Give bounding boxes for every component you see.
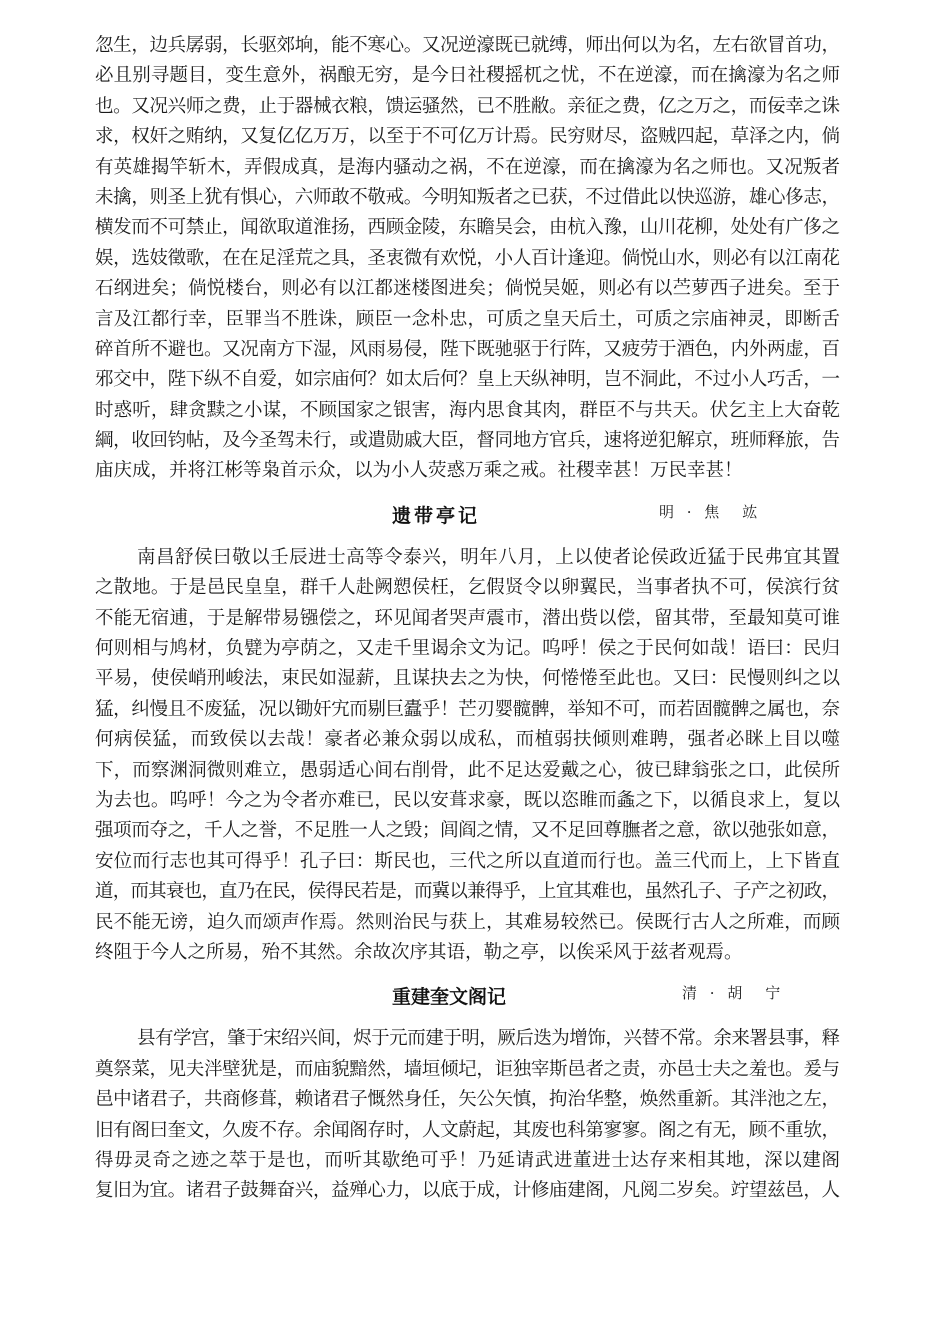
text-line: 横发而不可禁止，闻欲取道淮扬，西顾金陵，东瞻吴会，由杭入豫，山川花柳，处处有广侈…	[95, 213, 840, 243]
text-line: 有英雄揭竿斩木，弄假成真，是海内骚动之祸，不在逆濠，而在擒濠为名之师也。又况叛者	[95, 153, 840, 183]
text-line: 奠祭菜，见夫泮壁犹是，而庙貌黯然，墙垣倾圮，讵独宰斯邑者之责，亦邑士夫之羞也。爰…	[95, 1055, 840, 1085]
text-line: 平易，使侯峭刑峻法，束民如湿薪，且谋抉去之为快，何惓惓至此也。又曰：民慢则纠之以	[95, 664, 840, 694]
text-line: 得毋灵奇之迹之萃于是也，而听其歇绝可乎！乃延请武进董进士达存来相其地，深以建阁	[95, 1146, 840, 1176]
text-line: 下，而察渊洞微则难立，愚弱适心间右削骨，此不足达爱戴之心，彼已肆翁张之口，此侯所	[95, 756, 840, 786]
section-heading-yidaiting: 遗带亭记 明 · 焦 竑	[95, 487, 840, 543]
text-line: 南昌舒侯曰敬以壬辰进士高等令泰兴，明年八月，上以使者论侯政近猛于民弗宜其置	[95, 543, 840, 573]
text-line: 邑中诸君子，共商修葺，赖诸君子慨然身任，矢公矢慎，拘治华整，焕然重新。其泮池之左…	[95, 1085, 840, 1115]
text-line: 何病侯猛，而致侯以去哉！豪者必兼众弱以成私，而植弱扶倾则难聘，强者必眯上目以噬	[95, 725, 840, 755]
text-line: 綱，收回钧帖，及今圣驾未行，或遣勋戚大臣，督同地方官兵，速将逆犯解京，班师释旅，…	[95, 426, 840, 456]
text-line: 石纲进矣；倘悦楼台，则必有以江都迷楼图进矣；倘悦吴姬，则必有以苎萝西子进矣。至于	[95, 274, 840, 304]
text-line: 民不能无谤，迫久而颂声作焉。然则治民与获上，其难易较然已。侯既行古人之所难，而顾	[95, 908, 840, 938]
text-line: 求，权奸之贿纳，又复亿亿万万，以至于不可亿万计焉。民穷财尽，盗贼四起，草泽之内，…	[95, 122, 840, 152]
text-line: 娱，选妓徵歌，在在足淫荒之具，圣衷微有欢悦，小人百计逢迎。倘悦山水，则必有以江南…	[95, 244, 840, 274]
section-kuiwenge-body: 县有学宫，肇于宋绍兴间，烬于元而建于明，厥后迭为增饰，兴替不常。余来署县事，释 …	[95, 1024, 840, 1206]
text-line: 复旧为宜。诸君子鼓舞奋兴，益殚心力，以底于成，计修庙建阁，凡阅二岁矣。竚望兹邑，…	[95, 1176, 840, 1206]
section-author: 清 · 胡 宁	[682, 982, 784, 1003]
text-line: 未擒，则圣上犹有惧心，六师敢不敬戒。今明知叛者之已获，不过借此以快巡游，雄心侈志…	[95, 183, 840, 213]
section-heading-kuiwenge: 重建奎文阁记 清 · 胡 宁	[95, 968, 840, 1024]
text-line: 碎首所不避也。又况南方下湿，风雨易侵，陛下既驰驱于行阵，又疲劳于酒色，内外两虚，…	[95, 335, 840, 365]
section-title: 重建奎文阁记	[392, 982, 506, 1009]
document-page: 忽生，边兵孱弱，长驱郊垧，能不寒心。又况逆濠既已就缚，师出何以为名，左右欲冒首功…	[95, 31, 840, 1207]
section-title: 遗带亭记	[392, 501, 480, 528]
text-line: 为去也。呜呼！今之为令者亦难已，民以安葺求豪，既以恣睢而螽之下，以循良求上，复以	[95, 786, 840, 816]
text-line: 之散地。于是邑民皇皇，群千人赴阙愬侯枉，乞假贤令以卵翼民，当事者执不可，侯滨行贫	[95, 573, 840, 603]
text-line: 庙庆成，并将江彬等枭首示众，以为小人荧惑万乘之戒。社稷幸甚！万民幸甚！	[95, 456, 840, 486]
text-line: 邪交中，陛下纵不自爱，如宗庙何？如太后何？皇上天纵神明，岂不洞此，不过小人巧舌，…	[95, 365, 840, 395]
text-line: 必且别寻题目，变生意外，祸酿无穷，是今日社稷摇杌之忧，不在逆濠，而在擒濠为名之师	[95, 61, 840, 91]
text-line: 忽生，边兵孱弱，长驱郊垧，能不寒心。又况逆濠既已就缚，师出何以为名，左右欲冒首功…	[95, 31, 840, 61]
section-yidaiting-body: 南昌舒侯曰敬以壬辰进士高等令泰兴，明年八月，上以使者论侯政近猛于民弗宜其置 之散…	[95, 543, 840, 968]
text-line: 不能无宿逋，于是解带易镪偿之，环见闻者哭声震市，潜出赀以偿，留其带，至最知莫可谁	[95, 604, 840, 634]
text-line: 言及江都行幸，臣罪当不胜诛，顾臣一念朴忠，可质之皇天后土，可质之宗庙神灵，即断舌	[95, 305, 840, 335]
text-line: 时惑听，肆贪黩之小谋，不顾国家之银害，海内思食其肉，群臣不与共天。伏乞主上大奋乾	[95, 396, 840, 426]
text-line: 安位而行志也其可得乎！孔子曰：斯民也，三代之所以直道而行也。盖三代而上，上下皆直	[95, 847, 840, 877]
text-line: 旧有阁曰奎文，久废不存。余闻阁存时，人文蔚起，其废也科第寥寥。阁之有无，顾不重欤…	[95, 1116, 840, 1146]
text-line: 道，而其衰也，直乃在民，侯得民若是，而冀以兼得乎，上宜其难也，虽然孔子、子产之初…	[95, 877, 840, 907]
text-line: 何则相与鸠材，负甓为亭荫之，又走千里谒余文为记。呜呼！侯之于民何如哉！语曰：民归	[95, 634, 840, 664]
section-author: 明 · 焦 竑	[659, 501, 761, 522]
text-line: 也。又况兴师之费，止于器械衣粮，馈运骚然，已不胜敝。亲征之费，亿之万之，而佞幸之…	[95, 92, 840, 122]
text-line: 猛，纠慢且不废猛，况以锄奸宄而剔巨蠹乎！芒刃婴髋髀，举知不可，而若固髋髀之属也，…	[95, 695, 840, 725]
text-line: 县有学宫，肇于宋绍兴间，烬于元而建于明，厥后迭为增饰，兴替不常。余来署县事，释	[95, 1024, 840, 1054]
section-memorial-continued: 忽生，边兵孱弱，长驱郊垧，能不寒心。又况逆濠既已就缚，师出何以为名，左右欲冒首功…	[95, 31, 840, 487]
text-line: 强项而夺之，千人之誉，不足胜一人之毁；闾阎之情，又不足回尊膴者之意，欲以弛张如意…	[95, 816, 840, 846]
text-line: 终阻于今人之所易，殆不其然。余故次序其语，勒之亭，以俟采风于兹者观焉。	[95, 938, 840, 968]
